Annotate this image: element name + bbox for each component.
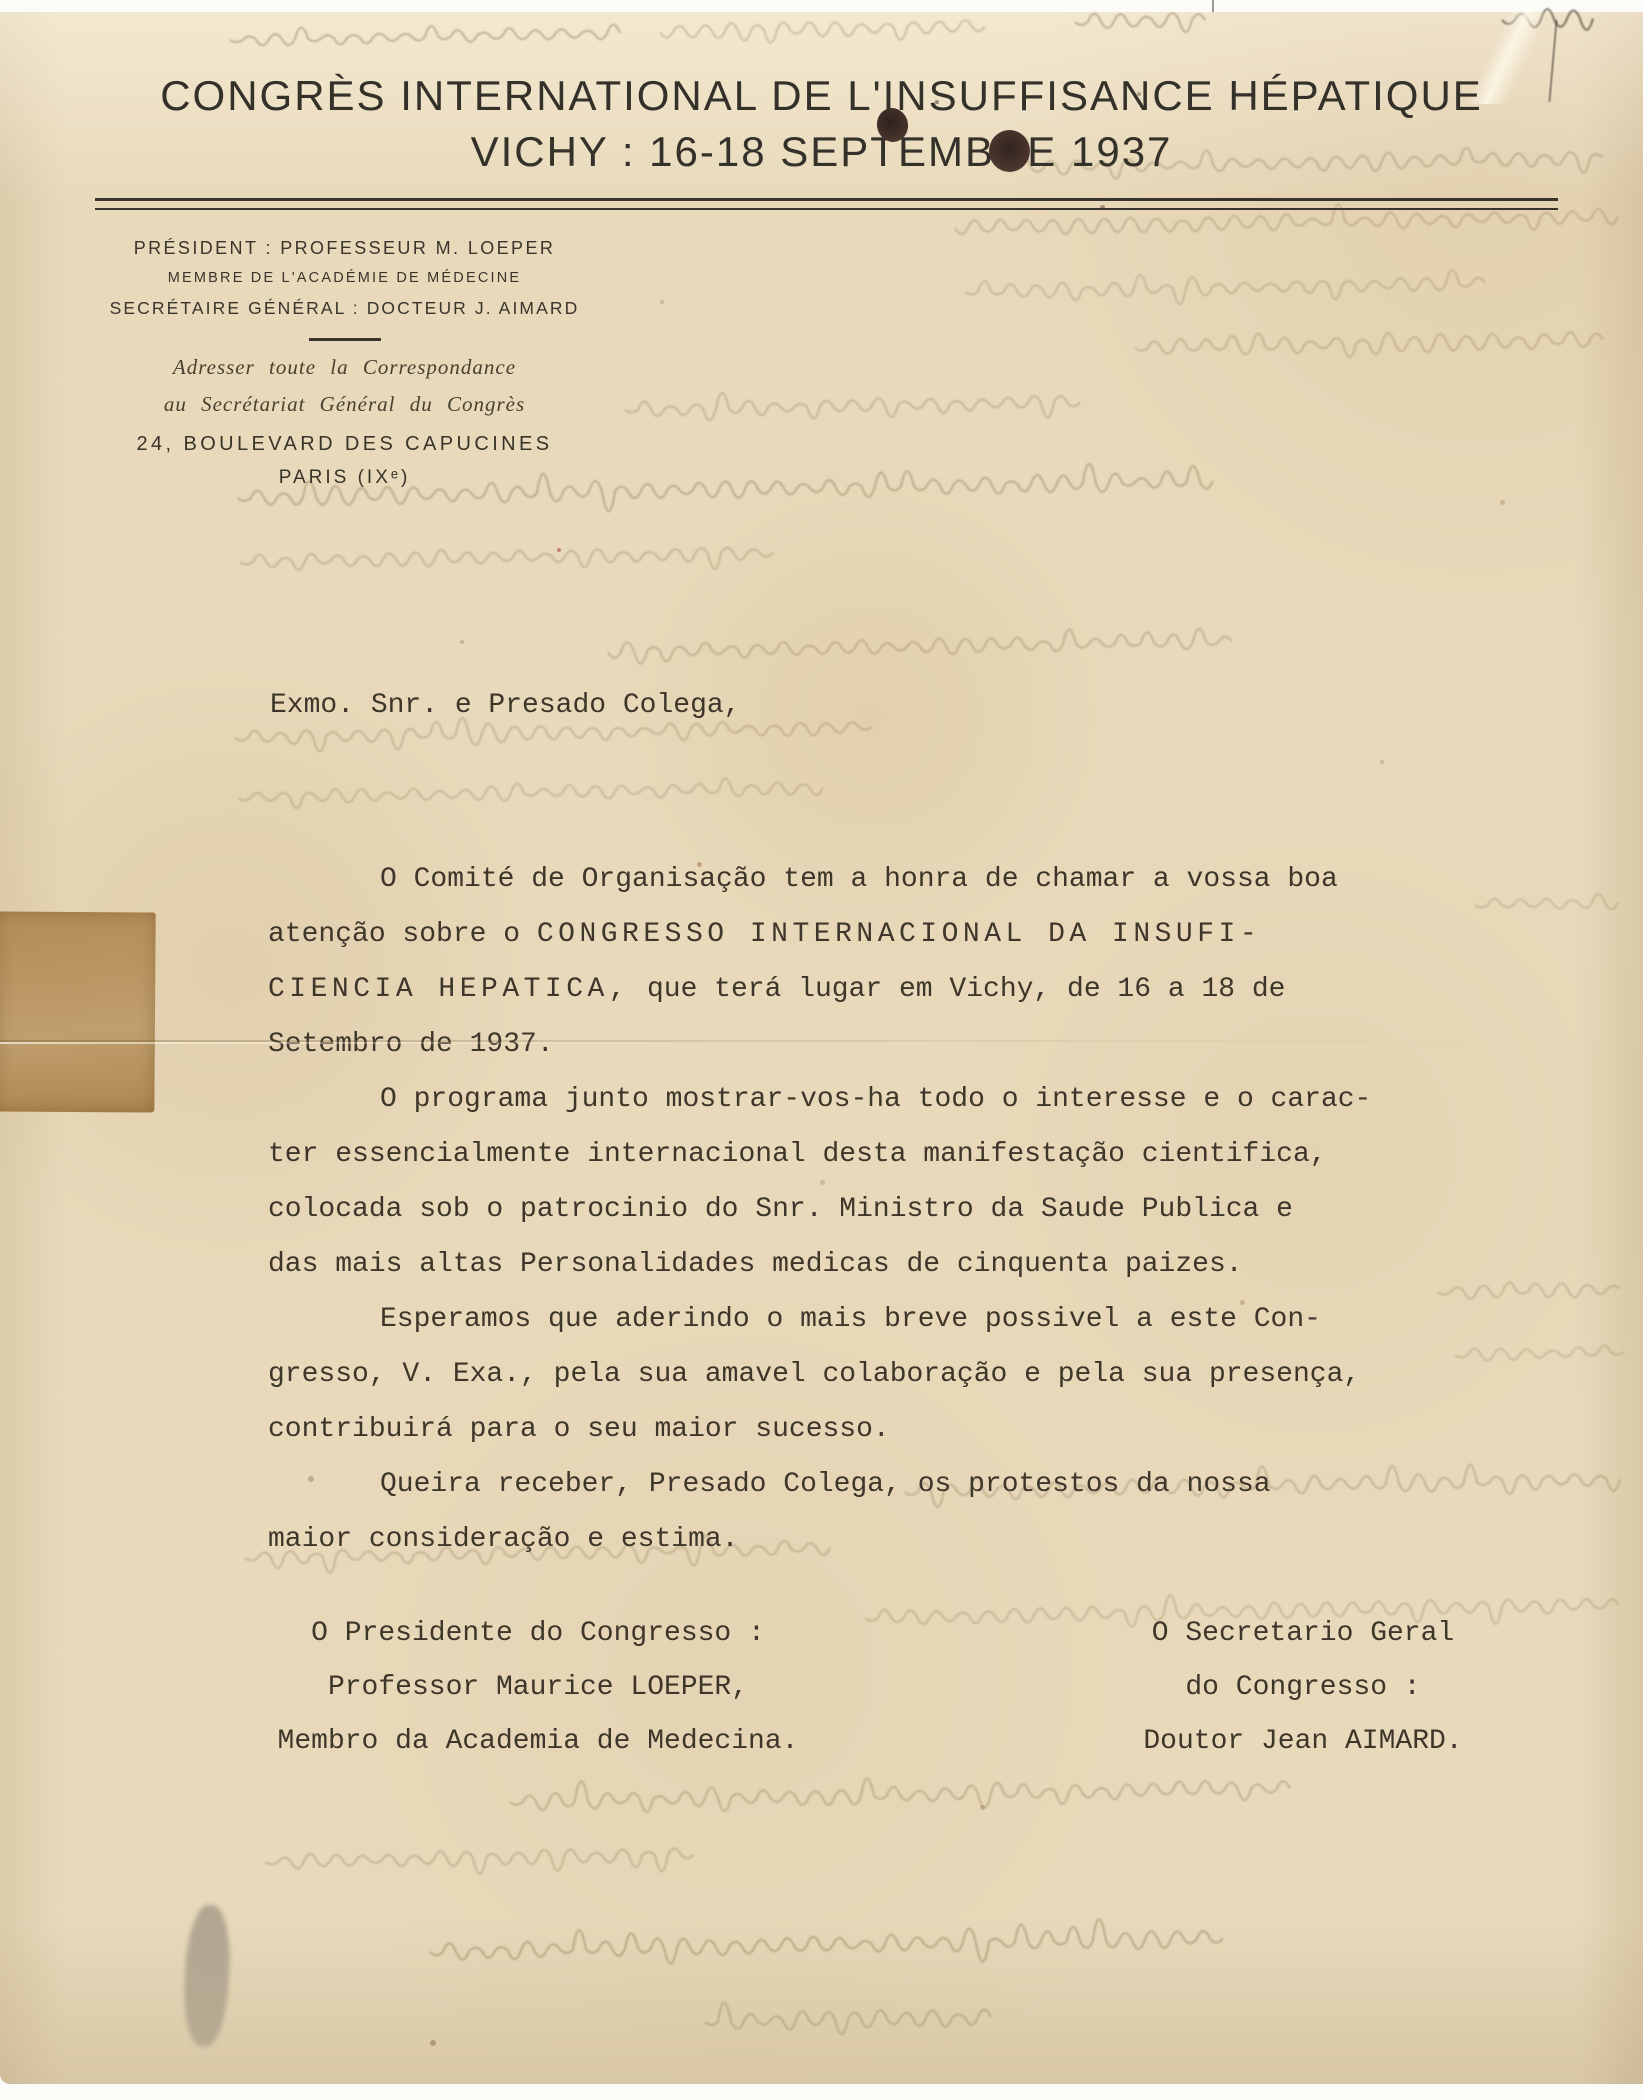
letter-line: atenção sobre o CONGRESSO INTERNACIONAL … [268, 919, 1458, 974]
ghost-handwriting-stroke [608, 627, 1232, 664]
signature-president-block: O Presidente do Congresso : Professor Ma… [248, 1618, 828, 1780]
foxing-speck [980, 1805, 985, 1810]
ghost-handwriting-stroke [660, 19, 985, 45]
tape-stain [0, 911, 156, 1112]
letter-segment: maior consideração e estima. [268, 1524, 738, 1555]
president-line: PRÉSIDENT : PROFESSEUR M. LOEPER [52, 238, 637, 270]
letter-segment: Queira receber, Presado Colega, os prote… [380, 1469, 1271, 1500]
double-rule [95, 198, 1558, 210]
letter-line: das mais altas Personalidades medicas de… [268, 1249, 1458, 1304]
signature-line: O Secretario Geral [1098, 1618, 1508, 1672]
letter-line: Esperamos que aderindo o mais breve poss… [268, 1304, 1458, 1359]
signature-line: Membro da Academia de Medecina. [248, 1726, 828, 1780]
ghost-handwriting-stroke [238, 777, 823, 809]
correspondence-note-line1: Adresser toute la Correspondance [52, 355, 637, 392]
signature-line: Doutor Jean AIMARD. [1098, 1726, 1508, 1780]
address-city: PARIS (IXᵉ) [52, 467, 637, 497]
ghost-handwriting-stroke [430, 1917, 1224, 1971]
ghost-handwriting-stroke [1135, 328, 1603, 361]
foxing-speck [1500, 500, 1505, 505]
letter-line: CIENCIA HEPATICA, que terá lugar em Vich… [268, 974, 1458, 1029]
foxing-speck [660, 300, 664, 304]
salutation: Exmo. Snr. e Presado Colega, [270, 690, 740, 721]
signature-secretary-block: O Secretario Geral do Congresso : Doutor… [1098, 1618, 1508, 1780]
signature-line: O Presidente do Congresso : [248, 1618, 828, 1672]
foxing-speck [430, 2040, 436, 2046]
letter-segment: Setembro de 1937. [268, 1029, 554, 1060]
ghost-handwriting-stroke [625, 387, 1080, 425]
membership-line: MEMBRE DE L'ACADÉMIE DE MÉDECINE [52, 270, 637, 298]
ghost-handwriting-stroke [240, 544, 773, 577]
letter-line: colocada sob o patrocinio do Snr. Minist… [268, 1194, 1458, 1249]
letter-line: maior consideração e estima. [268, 1524, 1458, 1579]
signature-line: Professor Maurice LOEPER, [248, 1672, 828, 1726]
letter-segment: das mais altas Personalidades medicas de… [268, 1249, 1243, 1280]
letter-segment-caps: CIENCIA HEPATICA, [268, 974, 630, 1005]
letter-segment: O Comité de Organisação tem a honra de c… [380, 864, 1338, 895]
letter-segment: atenção sobre o [268, 919, 537, 950]
ghost-handwriting-stroke [965, 269, 1485, 308]
ghost-handwriting-stroke [265, 1847, 694, 1878]
foxing-speck [1380, 760, 1384, 764]
congress-title: CONGRÈS INTERNATIONAL DE L'INSUFFISANCE … [0, 72, 1643, 120]
letter-segment: Esperamos que aderindo o mais breve poss… [380, 1304, 1321, 1335]
short-rule [309, 338, 381, 341]
ink-blot [989, 130, 1030, 172]
ghost-handwriting-stroke [230, 22, 620, 46]
ghost-handwriting-stroke [1075, 12, 1205, 34]
letter-line: gresso, V. Exa., pela sua amavel colabor… [268, 1359, 1458, 1414]
letter-segment-caps: CONGRESSO INTERNACIONAL DA INSUFI- [537, 919, 1261, 950]
signature-line: do Congresso : [1098, 1672, 1508, 1726]
letter-segment: O programa junto mostrar-vos-ha todo o i… [380, 1084, 1371, 1115]
foxing-speck [460, 640, 464, 644]
letter-segment: ter essencialmente internacional desta m… [268, 1139, 1327, 1170]
letter-segment: contribuirá para o seu maior sucesso. [268, 1414, 890, 1445]
scanned-letter-page: CONGRÈS INTERNATIONAL DE L'INSUFFISANCE … [0, 0, 1643, 2100]
ghost-handwriting-stroke [1475, 894, 1618, 912]
letter-line: O Comité de Organisação tem a honra de c… [268, 864, 1458, 919]
letterhead-officials-block: PRÉSIDENT : PROFESSEUR M. LOEPER MEMBRE … [52, 238, 637, 497]
secretary-line: SECRÉTAIRE GÉNÉRAL : DOCTEUR J. AIMARD [52, 298, 637, 328]
scan-edge-mark [1212, 0, 1214, 12]
letter-segment: colocada sob o patrocinio do Snr. Minist… [268, 1194, 1293, 1225]
foxing-speck [557, 548, 561, 552]
letter-segment: que terá lugar em Vichy, de 16 a 18 de [630, 974, 1285, 1005]
fold-crease-highlight [0, 1042, 900, 1044]
letter-line: Setembro de 1937. [268, 1029, 1458, 1084]
letter-line: Queira receber, Presado Colega, os prote… [268, 1469, 1458, 1524]
letter-line: ter essencialmente internacional desta m… [268, 1139, 1458, 1194]
congress-subtitle: VICHY : 16-18 SEPTEMBRE 1937 [0, 128, 1643, 176]
correspondence-note-line2: au Secrétariat Général du Congrès [52, 392, 637, 429]
letter-body: O Comité de Organisação tem a honra de c… [268, 864, 1458, 1579]
ghost-handwriting-stroke [705, 1998, 992, 2037]
ghost-handwriting-stroke [1455, 1345, 1624, 1361]
letter-line: O programa junto mostrar-vos-ha todo o i… [268, 1084, 1458, 1139]
ghost-handwriting-stroke [1438, 1281, 1620, 1300]
letter-line: contribuirá para o seu maior sucesso. [268, 1414, 1458, 1469]
address-street: 24, BOULEVARD DES CAPUCINES [52, 433, 637, 467]
letter-segment: gresso, V. Exa., pela sua amavel colabor… [268, 1359, 1360, 1390]
